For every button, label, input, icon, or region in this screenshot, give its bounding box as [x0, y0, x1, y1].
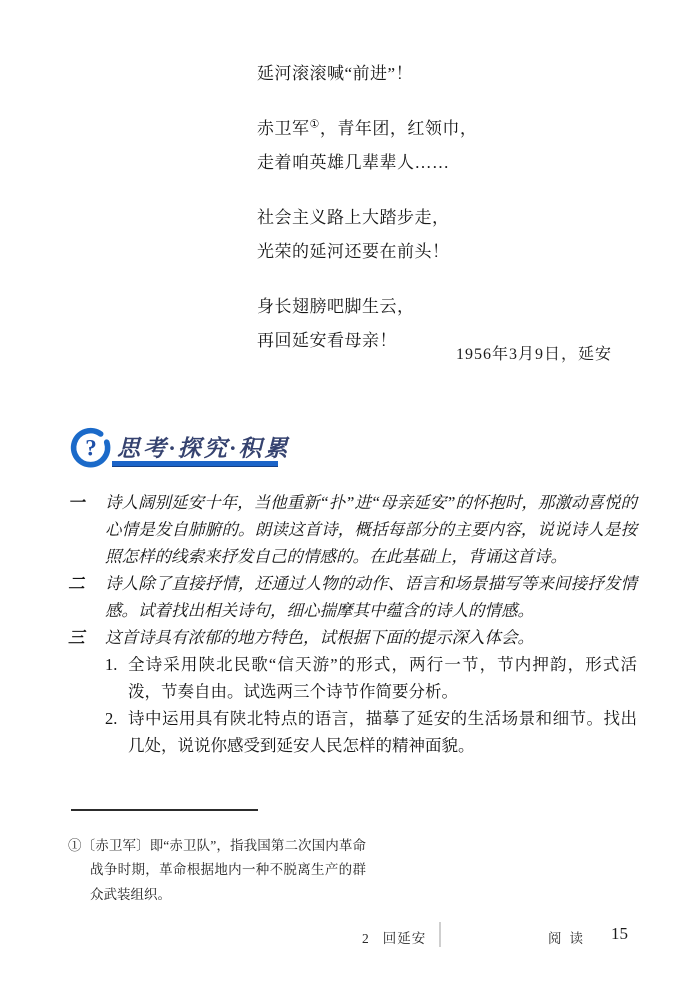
section-title: 思考·探究·积累	[117, 430, 291, 463]
poem-line: 赤卫军①，青年团，红领巾，	[257, 112, 477, 146]
footnote-divider	[71, 809, 258, 811]
poem-line: 延河滚滚喊“前进”！	[257, 57, 477, 91]
subitem-number: 1.	[105, 651, 128, 705]
poem-line-text: ，青年团，红领巾，	[320, 119, 478, 138]
poem-stanza: 赤卫军①，青年团，红领巾， 走着咱英雄几辈辈人……	[257, 112, 477, 180]
question-item-2: 二 诗人除了直接抒情，还通过人物的动作、语言和场景描写等来间接抒发情感。试着找出…	[68, 570, 637, 624]
footer-page-number: 15	[611, 924, 628, 944]
footer-section-label: 阅读	[548, 927, 591, 947]
footnote-reference: ①	[310, 118, 320, 130]
poem-line: 社会主义路上大踏步走，	[257, 201, 477, 235]
footer-lesson: 2回延安	[362, 927, 426, 947]
poem-line: 走着咱英雄几辈辈人……	[257, 146, 477, 180]
subitem-text: 诗中运用具有陕北特点的语言，描摹了延安的生活场景和细节。找出几处，说说你感受到延…	[128, 705, 637, 759]
section-title-underline	[112, 461, 278, 466]
question-subitem-2: 2. 诗中运用具有陕北特点的语言，描摹了延安的生活场景和细节。找出几处，说说你感…	[105, 705, 637, 759]
question-item-1: 一 诗人阔别延安十年，当他重新“扑”进“母亲延安”的怀抱时，那激动喜悦的心情是发…	[68, 489, 637, 570]
footnote-text: 〔赤卫军〕即“赤卫队”，指我国第二次国内革命战争时期，革命根据地内一种不脱离生产…	[82, 838, 366, 902]
poem-line: 身长翅膀吧脚生云，	[257, 290, 477, 324]
poem-stanza: 延河滚滚喊“前进”！	[257, 57, 477, 91]
footnote: ①〔赤卫军〕即“赤卫队”，指我国第二次国内革命战争时期，革命根据地内一种不脱离生…	[68, 834, 366, 908]
footnote-marker: ①	[68, 838, 82, 853]
questions-list: 一 诗人阔别延安十年，当他重新“扑”进“母亲延安”的怀抱时，那激动喜悦的心情是发…	[68, 489, 637, 759]
question-subitem-1: 1. 全诗采用陕北民歌“信天游”的形式，两行一节，节内押韵，形式活泼，节奏自由。…	[105, 651, 637, 705]
question-text: 诗人阔别延安十年，当他重新“扑”进“母亲延安”的怀抱时，那激动喜悦的心情是发自肺…	[105, 489, 637, 570]
question-mark-circle-icon: ?	[70, 427, 112, 469]
poem-date: 1956年3月9日，延安	[456, 341, 612, 364]
question-number: 二	[68, 570, 105, 624]
poem-line: 光荣的延河还要在前头！	[257, 235, 477, 269]
poem-line: 再回延安看母亲！	[257, 324, 477, 358]
question-item-3: 三 这首诗具有浓郁的地方特色，试根据下面的提示深入体会。 1. 全诗采用陕北民歌…	[68, 624, 637, 759]
poem-stanza: 身长翅膀吧脚生云， 再回延安看母亲！	[257, 290, 477, 358]
question-number: 一	[68, 489, 105, 570]
poem-stanza: 社会主义路上大踏步走， 光荣的延河还要在前头！	[257, 201, 477, 269]
footer-divider-bar	[439, 922, 441, 947]
question-number: 三	[68, 624, 105, 759]
textbook-page: { "colors": { "accent_blue": "#1b64c8", …	[0, 0, 700, 988]
question-text: 诗人除了直接抒情，还通过人物的动作、语言和场景描写等来间接抒发情感。试着找出相关…	[105, 570, 637, 624]
poem-text: 延河滚滚喊“前进”！ 赤卫军①，青年团，红领巾， 走着咱英雄几辈辈人…… 社会主…	[257, 57, 477, 379]
footer-lesson-title: 回延安	[383, 931, 427, 946]
subitem-text: 全诗采用陕北民歌“信天游”的形式，两行一节，节内押韵，形式活泼，节奏自由。试选两…	[128, 651, 637, 705]
question-text: 这首诗具有浓郁的地方特色，试根据下面的提示深入体会。	[105, 624, 637, 651]
question-body: 这首诗具有浓郁的地方特色，试根据下面的提示深入体会。 1. 全诗采用陕北民歌“信…	[105, 624, 637, 759]
subitem-number: 2.	[105, 705, 128, 759]
poem-line-text: 赤卫军	[257, 119, 310, 138]
question-mark-glyph: ?	[85, 436, 97, 461]
footer-lesson-number: 2	[362, 931, 369, 946]
